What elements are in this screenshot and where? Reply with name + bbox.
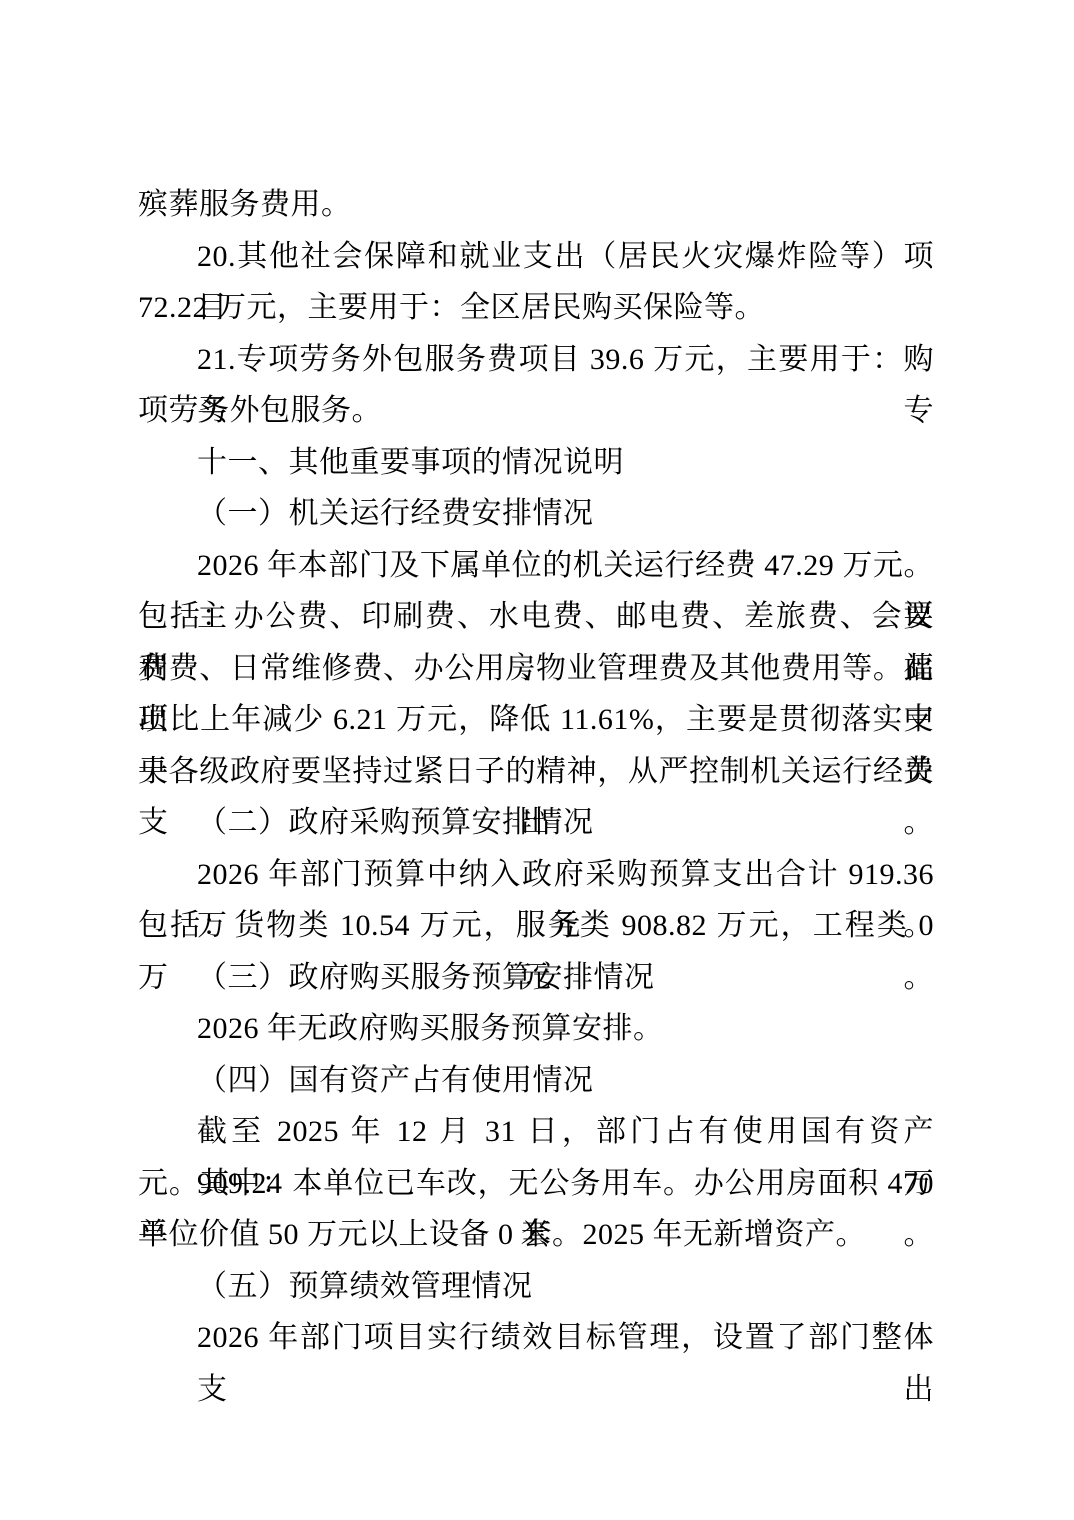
text-line: 元。其中：本单位已车改，无公务用车。办公用房面积 470 平米。: [138, 1158, 934, 1210]
text-line: （五）预算绩效管理情况: [138, 1261, 934, 1313]
text-line: 殡葬服务费用。: [138, 179, 934, 231]
document-page: 殡葬服务费用。20.其他社会保障和就业支出（居民火灾爆炸险等）项目72.22 万…: [0, 0, 1074, 1520]
text-line: 利费、日常维修费、办公用房物业管理费及其他费用等。此项支: [138, 643, 934, 695]
text-line: 21.专项劳务外包服务费项目 39.6 万元，主要用于：购买专: [138, 334, 934, 386]
text-line: 2026 年部门预算中纳入政府采购预算支出合计 919.36 万元。: [138, 849, 934, 901]
text-line: 72.22 万元，主要用于：全区居民购买保险等。: [138, 282, 934, 334]
text-line: 包括：货物类 10.54 万元，服务类 908.82 万元，工程类 0 万元。: [138, 900, 934, 952]
text-line: 20.其他社会保障和就业支出（居民火灾爆炸险等）项目: [138, 231, 934, 283]
text-line: （一）机关运行经费安排情况: [138, 488, 934, 540]
text-line: 出比上年减少 6.21 万元，降低 11.61%，主要是贯彻落实中央关: [138, 694, 934, 746]
text-line: 2026 年部门项目实行绩效目标管理，设置了部门整体支出: [138, 1312, 934, 1364]
text-line: 2026 年本部门及下属单位的机关运行经费 47.29 万元。主要: [138, 540, 934, 592]
text-line: 十一、其他重要事项的情况说明: [138, 437, 934, 489]
text-line: 于各级政府要坚持过紧日子的精神，从严控制机关运行经费支出。: [138, 746, 934, 798]
text-line: （四）国有资产占有使用情况: [138, 1055, 934, 1107]
text-line: 包括：办公费、印刷费、水电费、邮电费、差旅费、会议费、福: [138, 591, 934, 643]
text-line: 单位价值 50 万元以上设备 0 套。2025 年无新增资产。: [138, 1209, 934, 1261]
text-line: 2026 年无政府购买服务预算安排。: [138, 1003, 934, 1055]
document-body-text: 殡葬服务费用。20.其他社会保障和就业支出（居民火灾爆炸险等）项目72.22 万…: [138, 179, 934, 1364]
text-line: 截至 2025 年 12 月 31 日，部门占有使用国有资产 909.24 万: [138, 1106, 934, 1158]
